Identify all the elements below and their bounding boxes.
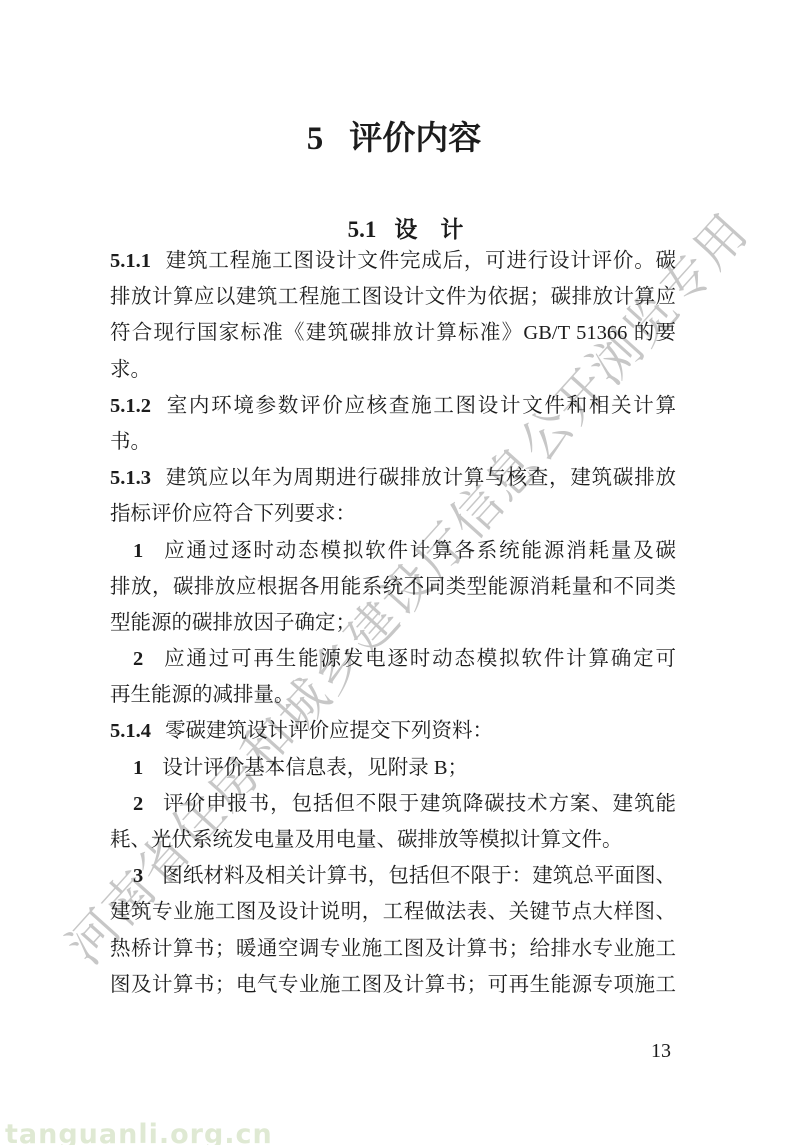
clause-number: 5.1.3 — [110, 467, 151, 489]
text-line: 1应通过逐时动态模拟软件计算各系统能源消耗量及碳 — [110, 533, 676, 569]
line-text: 求。 — [110, 359, 151, 381]
site-watermark: tanguanli.org.cn — [5, 1119, 273, 1145]
line-text: 零碳建筑设计评价应提交下列资料： — [165, 720, 493, 742]
text-line: 符合现行国家标准《建筑碳排放计算标准》GB/T 51366 的要 — [110, 315, 676, 351]
text-line: 2应通过可再生能源发电逐时动态模拟软件计算确定可 — [110, 641, 676, 677]
line-text: 书。 — [110, 431, 151, 453]
line-text: 应通过逐时动态模拟软件计算各系统能源消耗量及碳 — [162, 540, 676, 562]
line-text: 设计评价基本信息表，见附录 B； — [162, 757, 468, 779]
chapter-number: 5 — [307, 121, 324, 157]
document-page: 河南省住房和城乡建设厅信息公开浏览专用 5评价内容 5.1设 计 5.1.1建筑… — [0, 0, 788, 1145]
text-line: 1设计评价基本信息表，见附录 B； — [110, 750, 676, 786]
page-number: 13 — [651, 1040, 671, 1063]
line-text: 建筑工程施工图设计文件完成后，可进行设计评价。碳 — [165, 250, 676, 272]
text-line: 指标评价应符合下列要求： — [110, 496, 676, 532]
line-text: 图及计算书；电气专业施工图及计算书；可再生能源专项施工 — [110, 974, 676, 996]
list-item-number: 3 — [133, 865, 143, 887]
section-number: 5.1 — [348, 217, 377, 242]
text-line: 排放计算应以建筑工程施工图设计文件为依据；碳排放计算应 — [110, 279, 676, 315]
line-text: 建筑应以年为周期进行碳排放计算与核查，建筑碳排放 — [165, 467, 676, 489]
text-line: 图及计算书；电气专业施工图及计算书；可再生能源专项施工 — [110, 967, 676, 1003]
line-text: 热桥计算书；暖通空调专业施工图及计算书；给排水专业施工 — [110, 938, 676, 960]
list-item-number: 1 — [133, 757, 143, 779]
list-item-number: 1 — [133, 540, 143, 562]
list-item-number: 2 — [133, 793, 143, 815]
line-text: 指标评价应符合下列要求： — [110, 503, 356, 525]
line-text: 排放，碳排放应根据各用能系统不同类型能源消耗量和不同类 — [110, 576, 676, 598]
text-line: 2评价申报书，包括但不限于建筑降碳技术方案、建筑能 — [110, 786, 676, 822]
line-text: 室内环境参数评价应核查施工图设计文件和相关计算 — [165, 395, 676, 417]
clause-number: 5.1.4 — [110, 720, 151, 742]
text-line: 5.1.1建筑工程施工图设计文件完成后，可进行设计评价。碳 — [110, 243, 676, 279]
text-line: 热桥计算书；暖通空调专业施工图及计算书；给排水专业施工 — [110, 931, 676, 967]
text-line: 书。 — [110, 424, 676, 460]
text-line: 型能源的碳排放因子确定； — [110, 605, 676, 641]
line-text: 符合现行国家标准《建筑碳排放计算标准》GB/T 51366 的要 — [110, 322, 676, 344]
text-line: 5.1.3建筑应以年为周期进行碳排放计算与核查，建筑碳排放 — [110, 460, 676, 496]
line-text: 再生能源的减排量。 — [110, 684, 295, 706]
clause-number: 5.1.2 — [110, 395, 151, 417]
list-item-number: 2 — [133, 648, 143, 670]
text-line: 求。 — [110, 352, 676, 388]
clause-number: 5.1.1 — [110, 250, 151, 272]
line-text: 型能源的碳排放因子确定； — [110, 612, 356, 634]
body-text: 5.1.1建筑工程施工图设计文件完成后，可进行设计评价。碳 排放计算应以建筑工程… — [110, 243, 676, 1003]
chapter-title-text: 评价内容 — [349, 121, 481, 157]
section-title-text: 设 计 — [394, 217, 463, 242]
line-text: 图纸材料及相关计算书，包括但不限于：建筑总平面图、 — [162, 865, 676, 887]
text-line: 3图纸材料及相关计算书，包括但不限于：建筑总平面图、 — [110, 858, 676, 894]
line-text: 排放计算应以建筑工程施工图设计文件为依据；碳排放计算应 — [110, 286, 676, 308]
line-text: 应通过可再生能源发电逐时动态模拟软件计算确定可 — [162, 648, 676, 670]
text-line: 排放，碳排放应根据各用能系统不同类型能源消耗量和不同类 — [110, 569, 676, 605]
text-line: 耗、光伏系统发电量及用电量、碳排放等模拟计算文件。 — [110, 822, 676, 858]
line-text: 建筑专业施工图及设计说明，工程做法表、关键节点大样图、 — [110, 901, 676, 923]
text-line: 建筑专业施工图及设计说明，工程做法表、关键节点大样图、 — [110, 894, 676, 930]
text-line: 5.1.4零碳建筑设计评价应提交下列资料： — [110, 713, 676, 749]
line-text: 耗、光伏系统发电量及用电量、碳排放等模拟计算文件。 — [110, 829, 623, 851]
text-line: 5.1.2室内环境参数评价应核查施工图设计文件和相关计算 — [110, 388, 676, 424]
line-text: 评价申报书，包括但不限于建筑降碳技术方案、建筑能 — [162, 793, 676, 815]
chapter-title: 5评价内容 — [0, 118, 788, 160]
text-line: 再生能源的减排量。 — [110, 677, 676, 713]
